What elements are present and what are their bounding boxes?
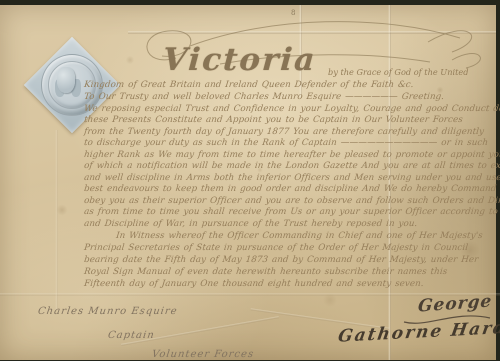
document-line: Royal Sign Manual of even date herewith … [83, 267, 484, 278]
document-line: bearing date the Fifth day of May 1873 a… [83, 255, 484, 266]
heading-continuation: by the Grace of God of the United [328, 67, 488, 77]
document-line: Kingdom of Great Britain and Ireland Que… [83, 80, 484, 91]
document-line: these Presents Constitute and Appoint yo… [83, 115, 484, 126]
document-line: best endeavours to keep them in good ord… [83, 184, 484, 195]
document-line: to discharge your duty as such in the Ra… [83, 138, 484, 149]
document-line: We reposing especial Trust and Confidenc… [83, 104, 484, 115]
recipient-rank: Captain [107, 330, 155, 341]
recipient-name: Charles Munro Esquire [37, 306, 178, 317]
royal-arms-embossing [57, 67, 75, 93]
document-line: and Discipline of War, in pursuance of t… [83, 219, 484, 230]
scanned-commission-document: 8 Victoria by the Grace of God of the Un… [0, 0, 500, 361]
page-mark: 8 [291, 9, 295, 17]
recipient-force: Volunteer Forces [151, 349, 255, 360]
document-line: In Witness whereof the Officer Commandin… [115, 231, 484, 242]
document-line: and well discipline in Arms both the inf… [83, 173, 484, 184]
document-line: of which a notification will be made in … [83, 161, 484, 172]
document-line: Principal Secretaries of State in pursua… [83, 243, 484, 254]
document-line: as from time to time you shall receive f… [83, 207, 484, 218]
document-line: Fifteenth day of January One thousand ei… [83, 279, 484, 290]
document-line: To Our Trusty and well beloved Charles M… [83, 92, 484, 103]
document-line: from the Twenty fourth day of January 18… [83, 127, 484, 138]
document-line: obey you as their superior Officer and y… [83, 196, 484, 207]
document-line: higher Rank as We may from time to time … [83, 150, 484, 161]
